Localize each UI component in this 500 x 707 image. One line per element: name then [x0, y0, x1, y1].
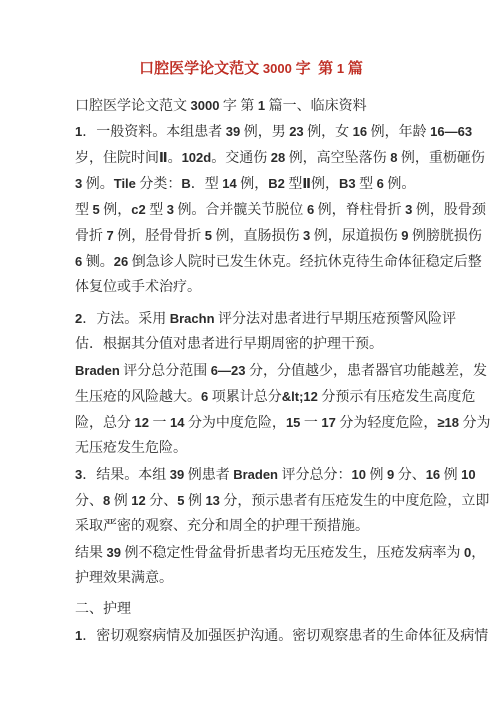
paragraph: 1．密切观察病情及加强医护沟通。密切观察患者的生命体征及病情 — [75, 623, 427, 649]
latin-text-run: B — [181, 176, 190, 191]
latin-text-run: 39 — [226, 124, 240, 139]
cjk-text-run: 例 — [440, 468, 461, 483]
text-line: 6 铡。26 倒急诊人院时已发生休克。经抗休克待生命体征稳定后整 — [75, 249, 427, 275]
cjk-text-run: 岁，住院时间 — [75, 151, 159, 166]
latin-text-run: 13 — [205, 493, 219, 508]
text-line: 1．一般资料。本组患者 39 例，男 23 例，女 16 例，年龄 16—63 — [75, 119, 427, 145]
cjk-text-run: ， — [471, 546, 485, 561]
cjk-text-run: 例，胫骨骨折 — [114, 229, 205, 244]
text-line: 险，总分 12 一 14 分为中度危险，15 一 17 分为轻度危险，≥18 分… — [75, 410, 427, 436]
paragraph: 二、护理 — [75, 597, 427, 623]
cjk-text-run: ．型 — [191, 177, 223, 192]
cjk-text-run: 例， — [100, 203, 132, 218]
text-line: 生压疮的风险越大。6 项累计总分&lt;12 分预示有压疮发生高度危 — [75, 384, 427, 410]
cjk-text-run: 例， — [237, 177, 269, 192]
latin-text-run: Braden — [75, 363, 120, 378]
latin-text-run: 3000 — [263, 61, 292, 76]
cjk-text-run: 例，脊柱骨折 — [314, 203, 405, 218]
cjk-text-run: 一 — [300, 416, 321, 431]
cjk-text-run: 型 — [356, 177, 377, 192]
cjk-text-run: 口腔医学论文范文 — [139, 61, 263, 77]
latin-text-run: 39 — [170, 467, 184, 482]
latin-text-run: 1 — [337, 61, 344, 76]
cjk-text-run: 型 — [285, 177, 303, 192]
cjk-text-run: 例患者 — [184, 468, 233, 483]
paragraph: 结果 39 例不稳定性骨盆骨折患者均无压疮发生，压疮发病率为 0，护理效果满意。 — [75, 540, 427, 592]
cjk-text-run: 例，重枥砸伤 — [397, 151, 485, 166]
cjk-text-run: 。 — [168, 151, 182, 166]
cjk-text-run: 型 — [75, 203, 93, 218]
text-line: 估．根据其分值对患者进行早期周密的护理干预。 — [75, 332, 427, 358]
latin-text-run: Ⅱ — [302, 176, 311, 191]
cjk-text-run: 例，年龄 — [367, 125, 430, 140]
cjk-text-run: 分为中度危险， — [184, 416, 286, 431]
cjk-text-run: 分，预示患者有压疮发生的中度危险，立即 — [220, 494, 490, 509]
latin-text-run: 39 — [107, 545, 121, 560]
latin-text-run: 10 — [461, 467, 475, 482]
cjk-text-run: 例，尿道损伤 — [310, 229, 401, 244]
cjk-text-run: 例。 — [384, 177, 416, 192]
text-line: 3．结果。本组 39 例患者 Braden 评分总分：10 例 9 分、16 例… — [75, 462, 427, 488]
latin-text-run: 16—63 — [430, 124, 472, 139]
cjk-text-run: 分为轻度危险， — [336, 416, 438, 431]
cjk-text-run: 分、 — [146, 494, 178, 509]
cjk-text-run: 评分总分： — [278, 468, 352, 483]
cjk-text-run: 篇一、临床资料 — [265, 99, 367, 114]
latin-text-run: 5 — [93, 202, 100, 217]
latin-text-run: 15 — [286, 415, 300, 430]
paragraph: 口腔医学论文范文 3000 字 第 1 篇一、临床资料 — [75, 93, 427, 119]
paragraph: 1．一般资料。本组患者 39 例，男 23 例，女 16 例，年龄 16—63岁… — [75, 119, 427, 197]
latin-text-run: 102d — [182, 150, 212, 165]
latin-text-run: 16 — [426, 467, 440, 482]
cjk-text-run: 分，分值越少，患者器官功能越差，发 — [246, 364, 488, 379]
cjk-text-run: 生压疮的风险越大。 — [75, 390, 201, 405]
cjk-text-run: 例 — [110, 494, 131, 509]
cjk-text-run: 倒急诊人院时已发生休克。经抗休克待生命体征稳定后整 — [128, 255, 482, 270]
latin-text-run: Tile — [114, 176, 136, 191]
cjk-text-run: 分预示有压疮发生高度危 — [318, 390, 476, 405]
latin-text-run: 12 — [135, 415, 149, 430]
cjk-text-run: 例不稳定性骨盆骨折患者均无压疮发生，压疮发病率为 — [121, 546, 464, 561]
latin-text-run: 14 — [170, 415, 184, 430]
text-line: 型 5 例，c2 型 3 例。合并髋关节脱位 6 例，脊柱骨折 3 例，股骨颈 — [75, 197, 427, 223]
cjk-text-run: 例，男 — [240, 125, 289, 140]
cjk-text-run: 。交通伤 — [211, 151, 271, 166]
cjk-text-run: 无压疮发生危险。 — [75, 441, 187, 456]
cjk-text-run: 一 — [149, 416, 170, 431]
latin-text-run: 10 — [352, 467, 366, 482]
latin-text-run: 17 — [321, 415, 335, 430]
cjk-text-run: 结果 — [75, 546, 107, 561]
cjk-text-run: 骨折 — [75, 229, 107, 244]
cjk-text-run: 评分法对患者进行早期压疮预警风险评 — [215, 312, 457, 327]
cjk-text-run: 例，高空坠落伤 — [285, 151, 390, 166]
latin-text-run: B3 — [339, 176, 356, 191]
latin-text-run: 7 — [107, 228, 114, 243]
cjk-text-run: 体复位或手术治疗。 — [75, 280, 201, 295]
cjk-text-run: 二、护理 — [75, 602, 131, 617]
cjk-text-run: ．一般资料。本组患者 — [82, 125, 226, 140]
cjk-text-run: 铡。 — [82, 255, 114, 270]
cjk-text-run: 采取严密的观察、充分和周全的护理干预措施。 — [75, 519, 369, 534]
cjk-text-run: ．方法。采用 — [82, 312, 170, 327]
cjk-text-run: 字 第 — [219, 99, 258, 114]
latin-text-run: 3 — [167, 202, 174, 217]
cjk-text-run: 例， — [311, 177, 339, 192]
document-body: 口腔医学论文范文 3000 字 第 1 篇一、临床资料1．一般资料。本组患者 3… — [75, 93, 427, 649]
latin-text-run: 16 — [353, 124, 367, 139]
latin-text-run: Braden — [233, 467, 278, 482]
cjk-text-run: 项累计总分 — [208, 390, 282, 405]
text-line: 骨折 7 例，胫骨骨折 5 例，直肠损伤 3 例，尿道损伤 9 例膀胱损伤 — [75, 223, 427, 249]
cjk-text-run: 例。 — [82, 177, 114, 192]
text-line: 结果 39 例不稳定性骨盆骨折患者均无压疮发生，压疮发病率为 0， — [75, 540, 427, 566]
cjk-text-run: 例 — [184, 494, 205, 509]
latin-text-run: 6 — [377, 176, 384, 191]
cjk-text-run: 分类： — [136, 177, 182, 192]
cjk-text-run: 例，直肠损伤 — [212, 229, 303, 244]
latin-text-run: 5 — [205, 228, 212, 243]
text-line: 2．方法。采用 Brachn 评分法对患者进行早期压疮预警风险评 — [75, 306, 427, 332]
cjk-text-run: 护理效果满意。 — [75, 571, 173, 586]
cjk-text-run: 估．根据其分值对患者进行早期周密的护理干预。 — [75, 337, 383, 352]
cjk-text-run: 例膀胱损伤 — [408, 229, 482, 244]
cjk-text-run: 例 — [366, 468, 387, 483]
document-page: 口腔医学论文范文 3000 字 第 1 篇 口腔医学论文范文 3000 字 第 … — [0, 0, 500, 707]
latin-text-run: 28 — [271, 150, 285, 165]
latin-text-run: c2 — [131, 202, 145, 217]
text-line: 1．密切观察病情及加强医护沟通。密切观察患者的生命体征及病情 — [75, 623, 427, 649]
paragraph: Braden 评分总分范围 6—23 分，分值越少，患者器官功能越差，发生压疮的… — [75, 358, 427, 462]
latin-text-run: &lt;12 — [282, 389, 318, 404]
paragraph: 2．方法。采用 Brachn 评分法对患者进行早期压疮预警风险评估．根据其分值对… — [75, 306, 427, 358]
cjk-text-run: 字 第 — [292, 61, 337, 77]
cjk-text-run: 篇 — [344, 61, 363, 77]
cjk-text-run: 险，总分 — [75, 416, 135, 431]
cjk-text-run: ．结果。本组 — [82, 468, 170, 483]
text-line: 二、护理 — [75, 597, 427, 623]
latin-text-run: Ⅱ — [159, 150, 168, 165]
cjk-text-run: 口腔医学论文范文 — [75, 99, 191, 114]
paragraph: 型 5 例，c2 型 3 例。合并髋关节脱位 6 例，脊柱骨折 3 例，股骨颈骨… — [75, 197, 427, 301]
latin-text-run: Brachn — [170, 311, 215, 326]
cjk-text-run: 评分总分范围 — [120, 364, 211, 379]
cjk-text-run: 分、 — [75, 494, 103, 509]
text-line: 护理效果满意。 — [75, 566, 427, 592]
text-line: 采取严密的观察、充分和周全的护理干预措施。 — [75, 514, 427, 540]
cjk-text-run: 例，女 — [304, 125, 353, 140]
text-line: Braden 评分总分范围 6—23 分，分值越少，患者器官功能越差，发 — [75, 358, 427, 384]
cjk-text-run: 例，股骨颈 — [412, 203, 486, 218]
text-line: 体复位或手术治疗。 — [75, 275, 427, 301]
latin-text-run: 23 — [289, 124, 303, 139]
latin-text-run: 14 — [222, 176, 236, 191]
paragraph: 3．结果。本组 39 例患者 Braden 评分总分：10 例 9 分、16 例… — [75, 462, 427, 540]
latin-text-run: B2 — [268, 176, 285, 191]
latin-text-run: 26 — [114, 254, 128, 269]
text-line: 分、8 例 12 分、5 例 13 分，预示患者有压疮发生的中度危险，立即 — [75, 488, 427, 514]
text-line: 3 例。Tile 分类：B．型 14 例，B2 型Ⅱ例，B3 型 6 例。 — [75, 171, 427, 197]
text-line: 无压疮发生危险。 — [75, 436, 427, 462]
latin-text-run: 3000 — [191, 98, 220, 113]
document-title: 口腔医学论文范文 3000 字 第 1 篇 — [75, 58, 427, 80]
latin-text-run: ≥18 — [437, 415, 459, 430]
latin-text-run: 6—23 — [211, 363, 246, 378]
cjk-text-run: 型 — [146, 203, 167, 218]
text-line: 口腔医学论文范文 3000 字 第 1 篇一、临床资料 — [75, 93, 427, 119]
text-line: 岁，住院时间Ⅱ。102d。交通伤 28 例，高空坠落伤 8 例，重枥砸伤 — [75, 145, 427, 171]
cjk-text-run: 例。合并髋关节脱位 — [174, 203, 307, 218]
cjk-text-run: 分为 — [459, 416, 491, 431]
latin-text-run: 12 — [131, 493, 145, 508]
cjk-text-run: 分、 — [394, 468, 426, 483]
cjk-text-run: ．密切观察病情及加强医护沟通。密切观察患者的生命体征及病情 — [82, 629, 488, 644]
